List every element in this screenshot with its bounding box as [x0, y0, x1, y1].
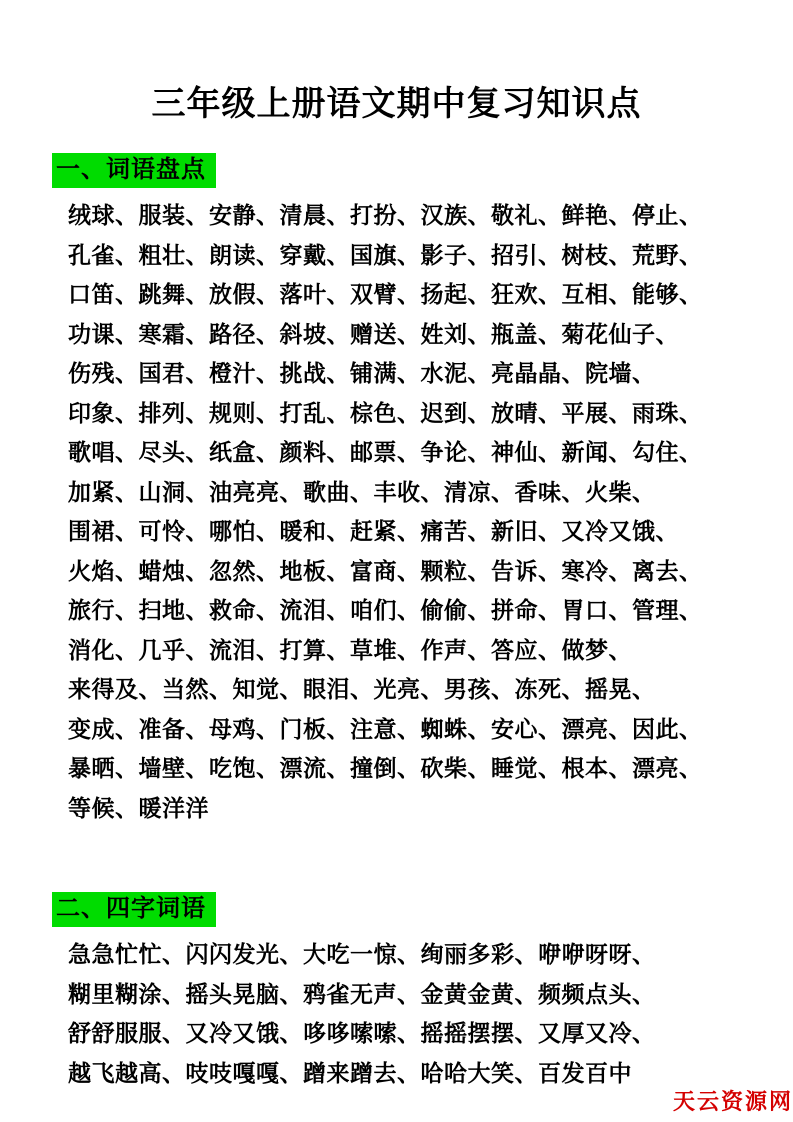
- page-title: 三年级上册语文期中复习知识点: [0, 0, 793, 125]
- word-line: 舒舒服服、又冷又饿、哆哆嗦嗦、摇摇摆摆、又厚又冷、: [68, 1014, 741, 1054]
- word-line: 旅行、扫地、救命、流泪、咱们、偷偷、拼命、胃口、管理、: [68, 591, 741, 631]
- word-line: 歌唱、尽头、纸盒、颜料、邮票、争论、神仙、新闻、勾住、: [68, 433, 741, 473]
- word-line: 印象、排列、规则、打乱、棕色、迟到、放晴、平展、雨珠、: [68, 394, 741, 434]
- word-line: 消化、几乎、流泪、打算、草堆、作声、答应、做梦、: [68, 631, 741, 671]
- word-list-1: 绒球、服装、安静、清晨、打扮、汉族、敬礼、鲜艳、停止、 孔雀、粗壮、朗读、穿戴、…: [68, 196, 741, 828]
- watermark-site-name: 天云资源网: [673, 1085, 793, 1116]
- section-heading-word-inventory: 一、词语盘点: [52, 153, 216, 188]
- section-word-inventory: 一、词语盘点 绒球、服装、安静、清晨、打扮、汉族、敬礼、鲜艳、停止、 孔雀、粗壮…: [0, 125, 793, 828]
- word-line: 暴晒、墙壁、吃饱、漂流、撞倒、砍柴、睡觉、根本、漂亮、: [68, 749, 741, 789]
- word-line: 孔雀、粗壮、朗读、穿戴、国旗、影子、招引、树枝、荒野、: [68, 236, 741, 276]
- word-line: 加紧、山洞、油亮亮、歌曲、丰收、清凉、香味、火柴、: [68, 473, 741, 513]
- word-line: 急急忙忙、闪闪发光、大吃一惊、绚丽多彩、咿咿呀呀、: [68, 935, 741, 975]
- word-line: 等候、暖洋洋: [68, 789, 741, 829]
- section-heading-four-char-words: 二、四字词语: [52, 892, 216, 927]
- word-line: 变成、准备、母鸡、门板、注意、蜘蛛、安心、漂亮、因此、: [68, 710, 741, 750]
- word-line: 糊里糊涂、摇头晃脑、鸦雀无声、金黄金黄、频频点头、: [68, 975, 741, 1015]
- word-line: 越飞越高、吱吱嘎嘎、蹭来蹭去、哈哈大笑、百发百中: [68, 1054, 741, 1094]
- word-line: 围裙、可怜、哪怕、暖和、赶紧、痛苦、新旧、又冷又饿、: [68, 512, 741, 552]
- word-list-2: 急急忙忙、闪闪发光、大吃一惊、绚丽多彩、咿咿呀呀、 糊里糊涂、摇头晃脑、鸦雀无声…: [68, 935, 741, 1093]
- word-line: 火焰、蜡烛、忽然、地板、富商、颗粒、告诉、寒冷、离去、: [68, 552, 741, 592]
- word-line: 伤残、国君、橙汁、挑战、铺满、水泥、亮晶晶、院墙、: [68, 354, 741, 394]
- word-line: 功课、寒霜、路径、斜坡、赠送、姓刘、瓶盖、菊花仙子、: [68, 315, 741, 355]
- section-four-char-words: 二、四字词语 急急忙忙、闪闪发光、大吃一惊、绚丽多彩、咿咿呀呀、 糊里糊涂、摇头…: [0, 828, 793, 1093]
- word-line: 来得及、当然、知觉、眼泪、光亮、男孩、冻死、摇晃、: [68, 670, 741, 710]
- document-page: 三年级上册语文期中复习知识点 一、词语盘点 绒球、服装、安静、清晨、打扮、汉族、…: [0, 0, 793, 1122]
- word-line: 绒球、服装、安静、清晨、打扮、汉族、敬礼、鲜艳、停止、: [68, 196, 741, 236]
- word-line: 口笛、跳舞、放假、落叶、双臂、扬起、狂欢、互相、能够、: [68, 275, 741, 315]
